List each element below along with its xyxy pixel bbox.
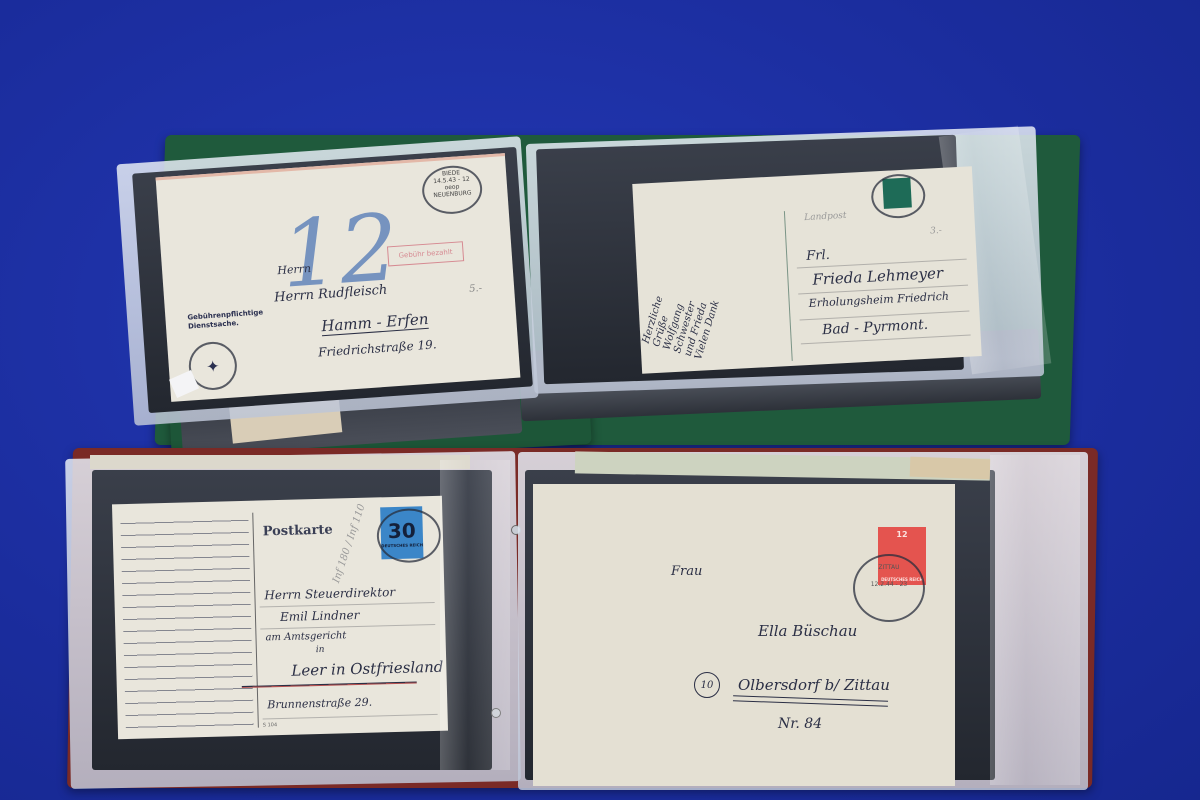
address-line-5: Leer in Ostfriesland <box>291 658 443 680</box>
underline <box>242 681 417 688</box>
address-line-4: Bad - Pyrmont. <box>822 317 929 339</box>
sender-stamp-text: Gebührenpflichtige Dienstsache. <box>187 309 258 332</box>
postkarte-heading: Postkarte <box>263 523 333 540</box>
sleeve-fold <box>440 460 510 770</box>
top-left-envelope[interactable]: BIEDE 14.5.43 - 12 oeop NEUENBURG 12 Geb… <box>156 153 521 402</box>
divider-line <box>784 211 793 361</box>
circled-number-text: 10 <box>701 680 714 691</box>
message-block: Herzliche Grüße Wolfgang Schwester und F… <box>641 213 795 377</box>
address-line-4: in <box>316 645 325 655</box>
bottom-right-envelope[interactable]: 12 DEUTSCHES REICH ZITTAU 12.2.44 - 23 F… <box>533 484 955 786</box>
divider-line <box>252 513 259 728</box>
top-right-postcard[interactable]: Landpost 3.- Frl. Frieda Lehmeyer Erholu… <box>632 166 981 374</box>
stamp-value: 12 <box>896 530 907 539</box>
postmark-place: ZITTAU <box>855 564 923 571</box>
address-line-2: Emil Lindner <box>280 608 360 624</box>
address-line-3: Hamm - Erfen <box>321 310 429 336</box>
sleeve-edges-bottom-right <box>990 455 1080 785</box>
address-line-1: Frau <box>671 564 702 579</box>
address-line-2: Ella Büschau <box>758 622 857 640</box>
eagle-icon: ✦ <box>206 356 221 376</box>
postmark <box>870 173 926 220</box>
address-line-6: Brunnenstraße 29. <box>267 696 372 712</box>
bottom-left-postcard[interactable]: Postkarte 30 DEUTSCHES REICH Inf 180 / I… <box>112 496 448 740</box>
message-text-block <box>120 511 254 729</box>
postmark: ZITTAU 12.2.44 - 23 <box>853 554 925 622</box>
address-line-4: Nr. 84 <box>778 716 822 732</box>
pencil-note: Landpost <box>804 211 847 223</box>
underlying-cover-tan <box>910 457 991 480</box>
address-line-1: Frl. <box>806 248 830 264</box>
address-line-1: Herrn <box>277 262 312 277</box>
red-box-label: Gebühr bezahlt <box>398 248 452 260</box>
address-line-2: Frieda Lehmeyer <box>812 264 943 289</box>
address-line-3: am Amtsgericht <box>265 630 346 643</box>
postmark: BIEDE 14.5.43 - 12 oeop NEUENBURG <box>421 164 484 216</box>
postmark <box>376 508 441 564</box>
address-line-3: Olbersdorf b/ Zittau <box>738 676 890 694</box>
price-note: 3.- <box>930 226 942 237</box>
address-line-4: Friedrichstraße 19. <box>318 337 437 359</box>
postmark-date: 12.2.44 - 23 <box>855 581 923 588</box>
address-line-1: Herrn Steuerdirektor <box>264 585 395 602</box>
red-box-mark: Gebühr bezahlt <box>387 241 464 266</box>
pencil-note: Inf 180 / Inf 110 <box>331 503 368 585</box>
corner-note: 5.- <box>469 283 483 295</box>
double-underline <box>733 695 888 706</box>
underlying-postcard <box>90 455 470 469</box>
circled-number: 10 <box>694 672 720 698</box>
print-code: S 104 <box>263 722 277 728</box>
